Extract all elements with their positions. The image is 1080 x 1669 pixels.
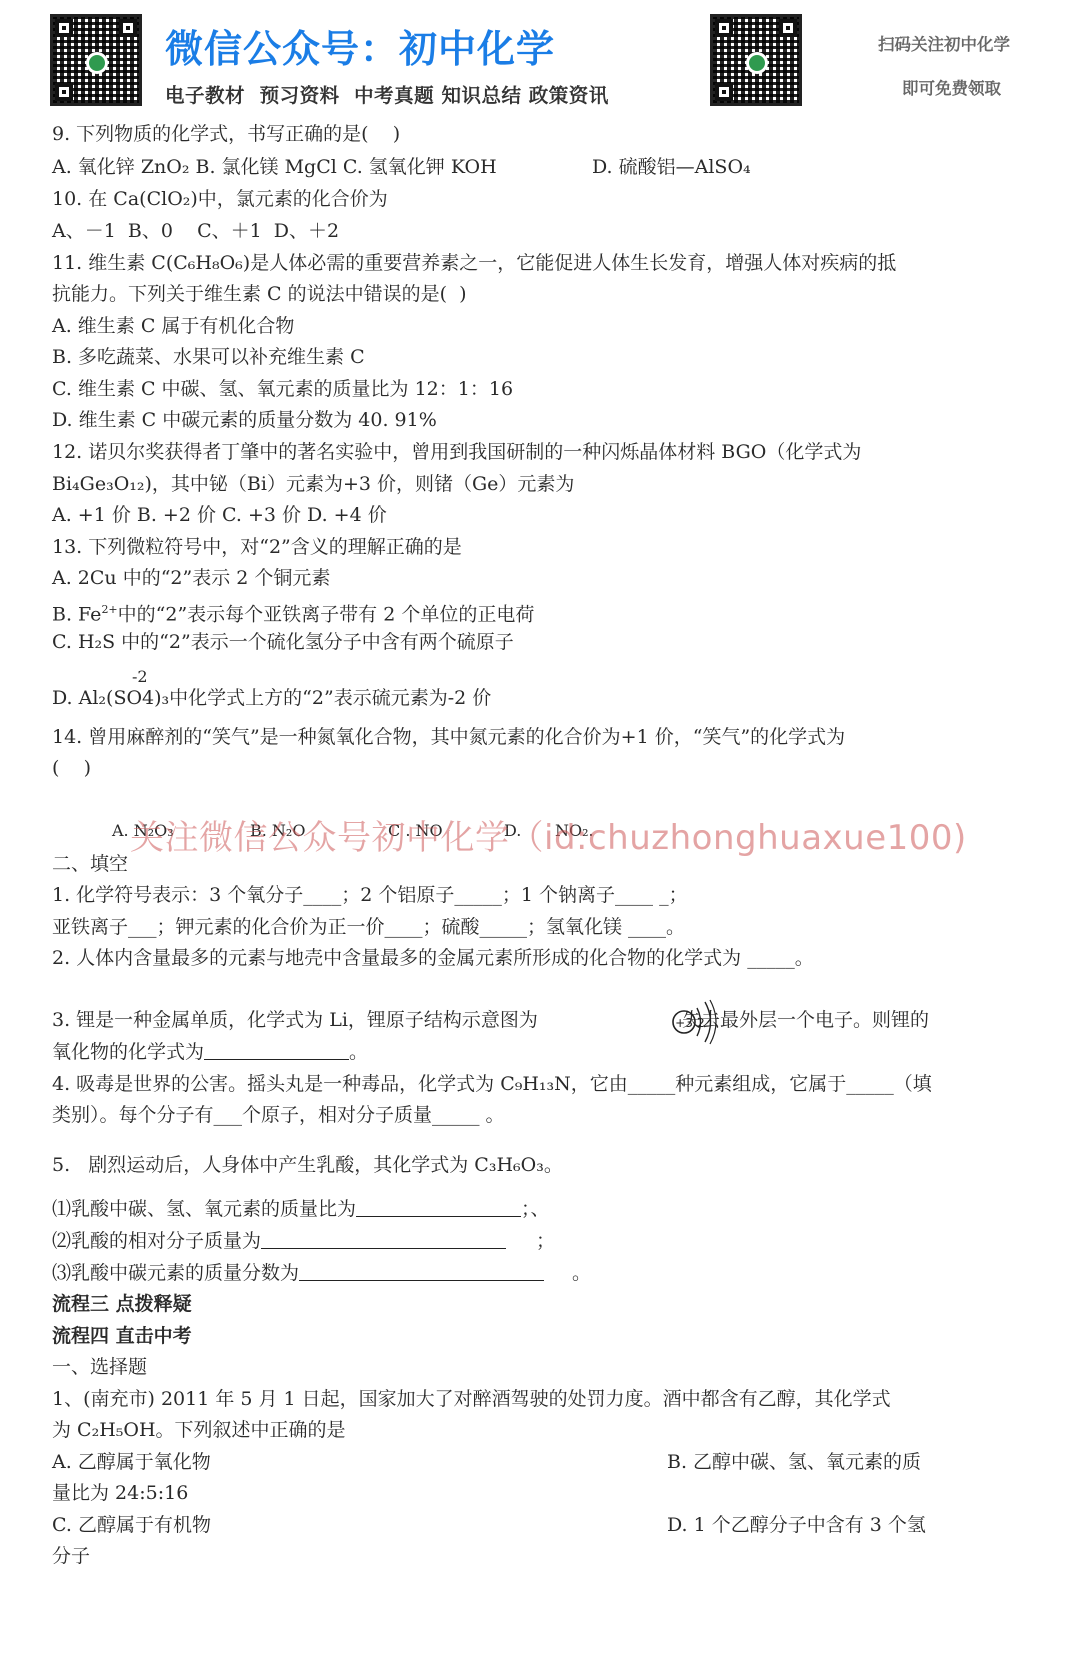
q13-option-d: D. Al₂(SO4)₃中化学式上方的“2”表示硫元素为-2 价 [52,686,491,710]
exam-q1-stem-1: 1、(南充市) 2011 年 5 月 1 日起，国家加大了对醉酒驾驶的处罚力度。… [52,1387,891,1411]
fill-q4-line1: 4. 吸毒是世界的公害。摇头丸是一种毒品，化学式为 C₉H₁₃N，它由_____… [52,1072,932,1096]
qr-code-icon [50,14,142,106]
fill-q1-line2: 亚铁离子___；钾元素的化合价为正一价____；硫酸_____；氢氧化镁 ___… [52,915,685,939]
q13-b-charge: 2+ [101,603,117,616]
scan-hint-1: 扫码关注初中化学 [878,31,1010,55]
fill-q5-part2-text: ⑵乳酸的相对分子质量为 [52,1230,261,1252]
q12-stem-1: 12. 诺贝尔奖获得者丁肇中的著名实验中，曾用到我国研制的一种闪烁晶体材料 BG… [52,440,861,464]
q13-stem: 13. 下列微粒符号中，对“2”含义的理解正确的是 [52,535,462,559]
answer-blank[interactable] [261,1230,506,1249]
watermark-text: 关注微信公众号初中化学（id:chuzhonghuaxue100) [130,810,967,859]
q12-stem-2: Bi₄Ge₃O₁₂)，其中铋（Bi）元素为+3 价，则锗（Ge）元素为 [52,472,574,496]
svg-text:+3: +3 [675,1016,693,1030]
q9-options: A. 氧化锌 ZnO₂ B. 氯化镁 MgCl C. 氢氧化钾 KOH [52,155,497,179]
fill-q4-line2: 类别）。每个分子有___个原子，相对分子质量_____ 。 [52,1103,505,1127]
exam-q1-option-d-2: 分子 [52,1544,90,1568]
fill-q5-part3: ⑶乳酸中碳元素的质量分数为。 [52,1261,591,1285]
q13-b-rest: 中的“2”表示每个亚铁离子带有 2 个单位的正电荷 [118,603,535,625]
brand-title: 微信公众号：初中化学 [165,18,555,73]
q11-option-c: C. 维生素 C 中碳、氢、氧元素的质量比为 12：1：16 [52,377,513,401]
fill-q3-line2-end: 。 [349,1041,368,1063]
answer-blank[interactable] [299,1262,544,1281]
svg-text:2: 2 [697,1016,705,1030]
fill-q5-part3-text: ⑶乳酸中碳元素的质量分数为 [52,1262,299,1284]
fill-q5-part1-end: ；、 [521,1198,550,1220]
header-banner: 微信公众号：初中化学 电子教材 预习资料 中考真题 知识总结 政策资讯 扫码关注… [0,0,1080,120]
q11-stem-2: 抗能力。下列关于维生素 C 的说法中错误的是( ) [52,282,467,306]
exam-q1-option-b-1: B. 乙醇中碳、氢、氧元素的质 [667,1450,921,1474]
exam-q1-option-d-1: D. 1 个乙醇分子中含有 3 个氢 [667,1513,926,1537]
q9-stem: 9. 下列物质的化学式，书写正确的是( ) [52,122,400,146]
scan-hint-2: 即可免费领取 [902,75,1001,99]
exam-q1-option-a: A. 乙醇属于氧化物 [52,1450,211,1474]
fill-q5-part1-text: ⑴乳酸中碳、氢、氧元素的质量比为 [52,1198,356,1220]
q13-option-a: A. 2Cu 中的“2”表示 2 个铜元素 [52,566,330,590]
exam-q1-option-b-2: 量比为 24:5:16 [52,1481,188,1505]
fill-q3-line2: 氧化物的化学式为。 [52,1040,368,1064]
q11-option-a: A. 维生素 C 属于有机化合物 [52,314,294,338]
fill-q5-part2: ⑵乳酸的相对分子质量为； [52,1229,555,1253]
fill-q5-stem: 5. 剧烈运动后，人身体中产生乳酸，其化学式为 C₃H₆O₃。 [52,1153,563,1177]
fill-q5-part2-end: ； [536,1230,555,1252]
answer-blank[interactable] [356,1198,521,1217]
fill-q1-line1: 1. 化学符号表示：3 个氧分子____；2 个铝原子_____；1 个钠离子_… [52,883,688,907]
exam-q1-option-c: C. 乙醇属于有机物 [52,1513,211,1537]
answer-blank[interactable] [204,1041,349,1060]
qr-code-icon [710,14,802,106]
q10-options: A、－1 B、0 C、＋1 D、＋2 [52,219,339,243]
fill-q3-part1: 3. 锂是一种金属单质，化学式为 Li，锂原子结构示意图为 [52,1008,538,1032]
q13-b-prefix: B. Fe [52,603,101,625]
fill-q3-line2-text: 氧化物的化学式为 [52,1041,204,1063]
q11-option-b: B. 多吃蔬菜、水果可以补充维生素 C [52,345,365,369]
q11-option-d: D. 维生素 C 中碳元素的质量分数为 40. 91% [52,408,437,432]
fill-section-heading: 二、填空 [52,852,128,876]
q14-stem-1: 14. 曾用麻醉剂的“笑气”是一种氮氧化合物，其中氮元素的化合价为+1 价，“笑… [52,725,845,749]
flow-step3-heading: 流程三 点拨释疑 [52,1292,192,1316]
q14-stem-2: ( ) [52,756,91,780]
brand-subtitle: 电子教材 预习资料 中考真题 知识总结 政策资讯 [165,80,609,108]
q13-option-b: B. Fe2+中的“2”表示每个亚铁离子带有 2 个单位的正电荷 [52,598,534,626]
lithium-atom-diagram-icon: +3 2 [670,998,730,1046]
fill-q5-part1: ⑴乳酸中碳、氢、氧元素的质量比为；、 [52,1197,550,1221]
flow-step4-heading: 流程四 直击中考 [52,1324,192,1348]
q9-option-d: D. 硫酸铝—AlSO₄ [592,155,751,179]
exam-q1-stem-2: 为 C₂H₅OH。下列叙述中正确的是 [52,1418,346,1442]
q11-stem-1: 11. 维生素 C(C₆H₈O₆)是人体必需的重要营养素之一，它能促进人体生长发… [52,251,896,275]
q13-option-c: C. H₂S 中的“2”表示一个硫化氢分子中含有两个硫原子 [52,630,514,654]
q10-stem: 10. 在 Ca(ClO₂)中，氯元素的化合价为 [52,187,388,211]
choice-section-heading: 一、选择题 [52,1355,147,1379]
fill-q2: 2. 人体内含量最多的元素与地壳中含量最多的金属元素所形成的化合物的化学式为 _… [52,946,814,970]
q12-options: A. +1 价 B. +2 价 C. +3 价 D. +4 价 [52,503,387,527]
fill-q5-part3-end: 。 [572,1262,591,1284]
